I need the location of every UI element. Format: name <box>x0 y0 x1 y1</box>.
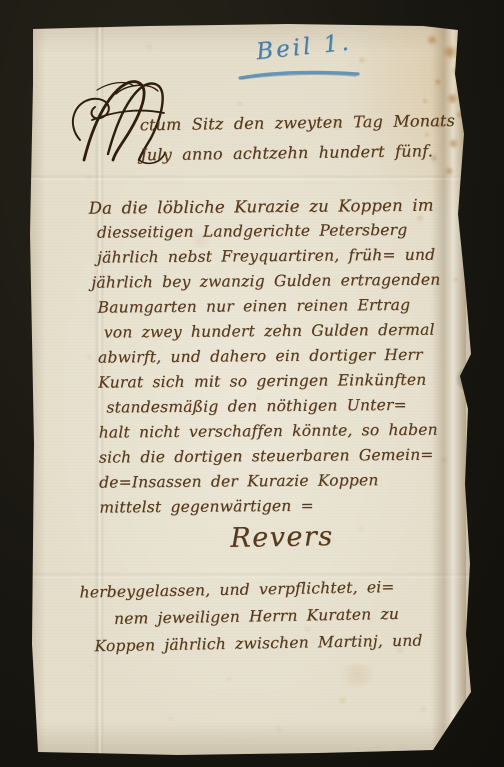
foxing-stain <box>420 706 427 713</box>
foxing-stain <box>334 664 380 686</box>
foxing-stain <box>444 166 454 176</box>
manuscript-line: von zwey hundert zehn Gulden dermal <box>90 317 474 345</box>
opening-lines: ctum Sitz den zweyten Tag Monats July an… <box>140 106 476 171</box>
foxing-stain <box>442 44 458 60</box>
foxing-stain <box>86 174 92 180</box>
manuscript-line: July anno achtzehn hundert fünf. <box>140 136 475 171</box>
foxing-stain <box>452 66 462 76</box>
blue-pencil-annotation: Beil 1. <box>255 25 397 65</box>
photograph-background: Beil 1. ctum Sitz den zweyten Tag Monats… <box>0 0 504 767</box>
manuscript-line: mittelst gegenwärtigen = <box>91 492 475 520</box>
foxing-stain <box>358 56 366 64</box>
foxing-stain <box>88 664 93 669</box>
foxing-stain <box>426 34 438 46</box>
foxing-stain <box>146 44 152 50</box>
foxing-stain <box>422 98 428 104</box>
foxing-stain <box>236 100 243 107</box>
section-heading-revers: Revers <box>90 519 474 557</box>
manuscript-line: halt nicht verschaffen könnte, so haben <box>91 417 475 445</box>
manuscript-line: sich die dortigen steuerbaren Gemein= <box>91 442 475 470</box>
manuscript-line: diesseitigen Landgerichte Petersberg <box>89 217 473 245</box>
closing-paragraph: herbeygelassen, und verpflichtet, ei= ne… <box>79 573 480 661</box>
manuscript-line: jährlich bey zwanzig Gulden ertragenden <box>89 267 473 295</box>
foxing-stain <box>276 726 283 733</box>
manuscript-line: Baumgarten nur einen reinen Ertrag <box>89 292 473 320</box>
foxing-stain <box>434 78 442 86</box>
manuscript-line: Koppen jährlich zwischen Martinj, und <box>80 627 480 661</box>
manuscript-line: ctum Sitz den zweyten Tag Monats <box>140 106 475 141</box>
foxing-stain <box>446 92 459 105</box>
body-paragraph: Da die löbliche Kurazie zu Koppen im die… <box>89 192 476 520</box>
manuscript-line: Kurat sich mit so geringen Einkünften <box>90 367 474 395</box>
foxing-stain <box>338 696 347 705</box>
manuscript-line: jährlich nebst Freyquartiren, früh= und <box>89 242 473 270</box>
fold-crease-horizontal-top <box>28 174 474 181</box>
blue-pencil-underline <box>238 68 362 82</box>
manuscript-page: Beil 1. ctum Sitz den zweyten Tag Monats… <box>28 24 474 758</box>
foxing-stain <box>226 676 232 682</box>
manuscript-line: de=Insassen der Kurazie Koppen <box>91 467 475 495</box>
manuscript-line: abwirft, und dahero ein dortiger Herr <box>90 342 474 370</box>
foxing-stain <box>168 716 174 722</box>
manuscript-line: standesmäßig den nöthigen Unter= <box>90 392 474 420</box>
manuscript-line: Da die löbliche Kurazie zu Koppen im <box>89 192 473 220</box>
